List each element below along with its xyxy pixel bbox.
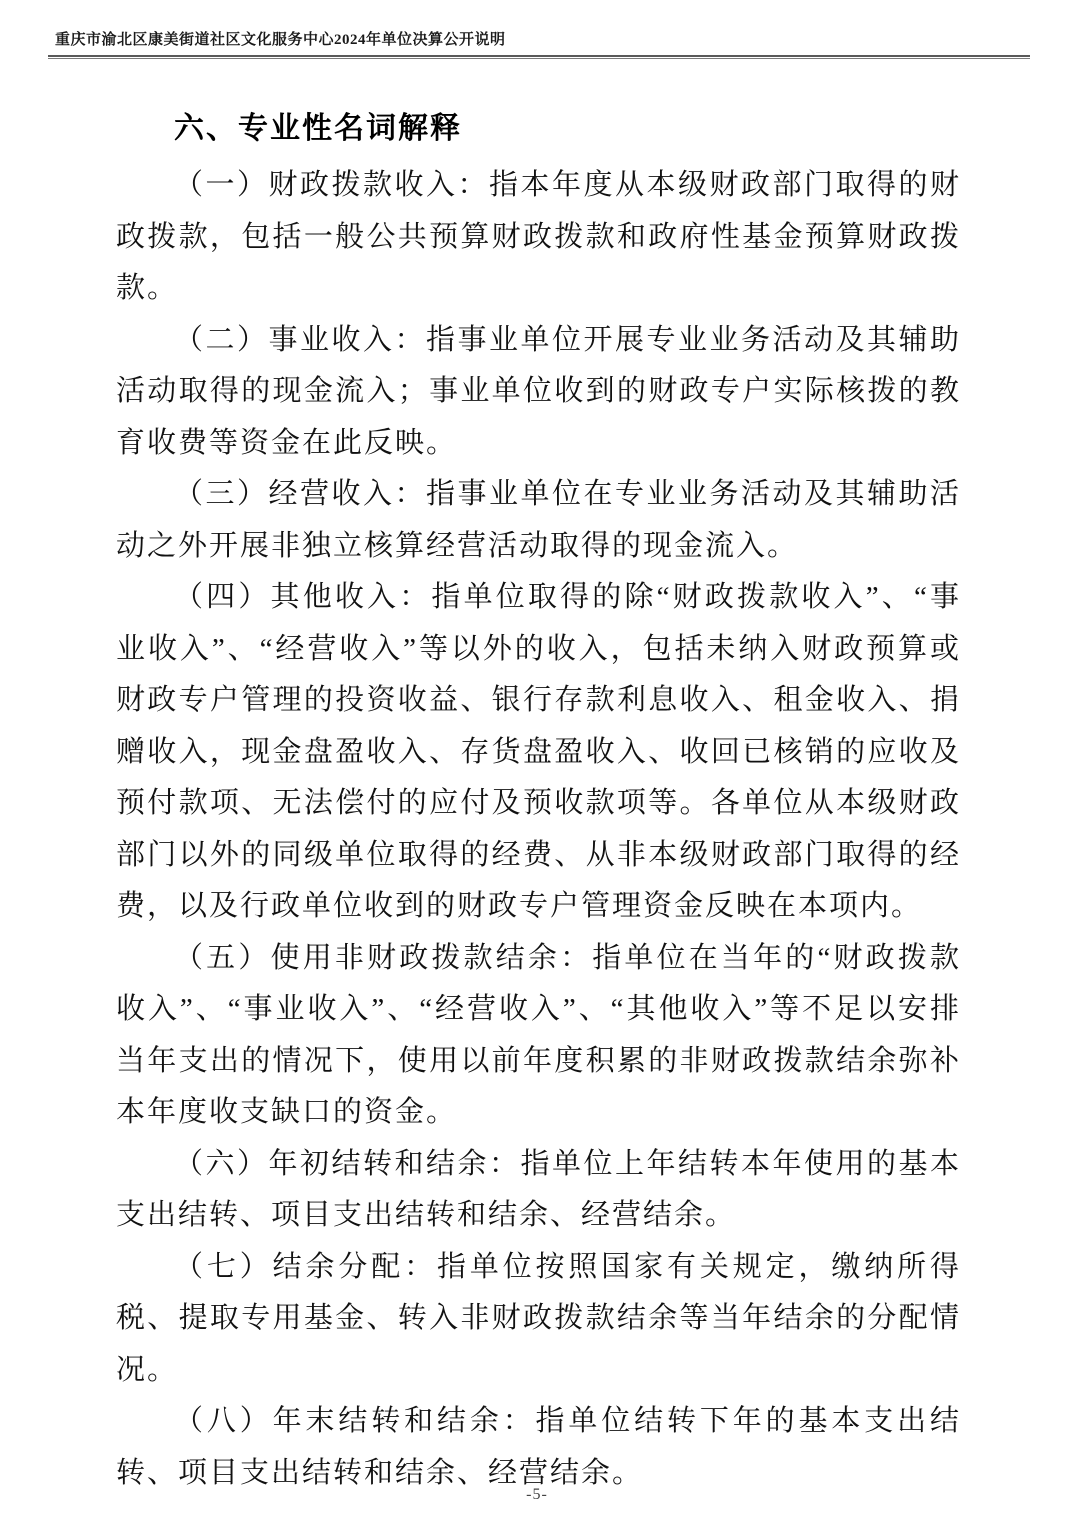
document-page: 重庆市渝北区康美街道社区文化服务中心2024年单位决算公开说明 六、专业性名词解…: [0, 0, 1074, 1520]
paragraph: （五）使用非财政拨款结余：指单位在当年的“财政拨款收入”、“事业收入”、“经营收…: [116, 933, 961, 1139]
page-header: 重庆市渝北区康美街道社区文化服务中心2024年单位决算公开说明: [48, 28, 1030, 59]
document-body: 六、专业性名词解释 （一）财政拨款收入：指本年度从本级财政部门取得的财政拨款，包…: [116, 110, 961, 1499]
header-rule: [48, 55, 1030, 59]
paragraph: （七）结余分配：指单位按照国家有关规定，缴纳所得税、提取专用基金、转入非财政拨款…: [116, 1242, 961, 1397]
paragraph: （四）其他收入：指单位取得的除“财政拨款收入”、“事业收入”、“经营收入”等以外…: [116, 572, 961, 933]
section-heading: 六、专业性名词解释: [116, 110, 961, 148]
paragraph: （八）年末结转和结余：指单位结转下年的基本支出结转、项目支出结转和结余、经营结余…: [116, 1396, 961, 1499]
page-number: -5-: [526, 1486, 548, 1503]
paragraph: （一）财政拨款收入：指本年度从本级财政部门取得的财政拨款，包括一般公共预算财政拨…: [116, 160, 961, 315]
paragraph: （三）经营收入：指事业单位在专业业务活动及其辅助活动之外开展非独立核算经营活动取…: [116, 469, 961, 572]
page-footer: -5-: [0, 1486, 1074, 1504]
paragraph: （二）事业收入：指事业单位开展专业业务活动及其辅助活动取得的现金流入；事业单位收…: [116, 315, 961, 470]
paragraph-list: （一）财政拨款收入：指本年度从本级财政部门取得的财政拨款，包括一般公共预算财政拨…: [116, 160, 961, 1499]
paragraph: （六）年初结转和结余：指单位上年结转本年使用的基本支出结转、项目支出结转和结余、…: [116, 1139, 961, 1242]
header-title: 重庆市渝北区康美街道社区文化服务中心2024年单位决算公开说明: [48, 28, 1030, 49]
